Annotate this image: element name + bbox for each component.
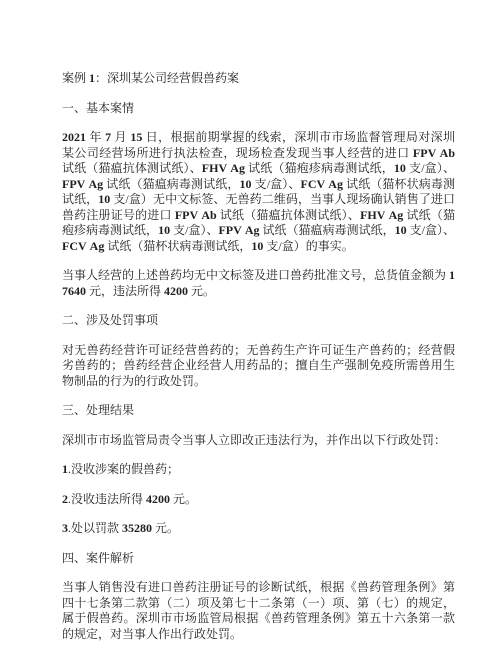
paragraph-correction-order: 深圳市市场监管局责令当事人立即改正违法行为，并作出以下行政处罚： [62,433,455,449]
penalty-item-3: 3.处以罚款 35280 元。 [62,521,455,537]
heading-case-analysis: 四、案件解析 [62,551,455,567]
heading-penalty-items: 二、涉及处罚事项 [62,313,455,329]
paragraph-case-analysis: 当事人销售没有进口兽药注册证号的诊断试纸，根据《兽药管理条例》第四十七条第二款第… [62,580,455,642]
penalty-item-1: 1.没收涉案的假兽药； [62,462,455,478]
document-page: 案例 1：深圳某公司经营假兽药案 一、基本案情 2021 年 7 月 15 日，… [0,0,502,649]
paragraph-penalty-scope: 对无兽药经营许可证经营兽药的；无兽药生产许可证生产兽药的；经营假劣兽药的；兽药经… [62,343,455,390]
case-title: 案例 1：深圳某公司经营假兽药案 [62,71,455,87]
paragraph-inspection-details: 2021 年 7 月 15 日，根据前期掌握的线索，深圳市市场监督管理局对深圳某… [62,130,455,254]
heading-basic-facts: 一、基本案情 [62,101,455,117]
penalty-item-2: 2.没收违法所得 4200 元。 [62,492,455,508]
heading-handling-result: 三、处理结果 [62,403,455,419]
paragraph-value-amount: 当事人经营的上述兽药均无中文标签及进口兽药批准文号，总货值金额为 17640 元… [62,268,455,299]
